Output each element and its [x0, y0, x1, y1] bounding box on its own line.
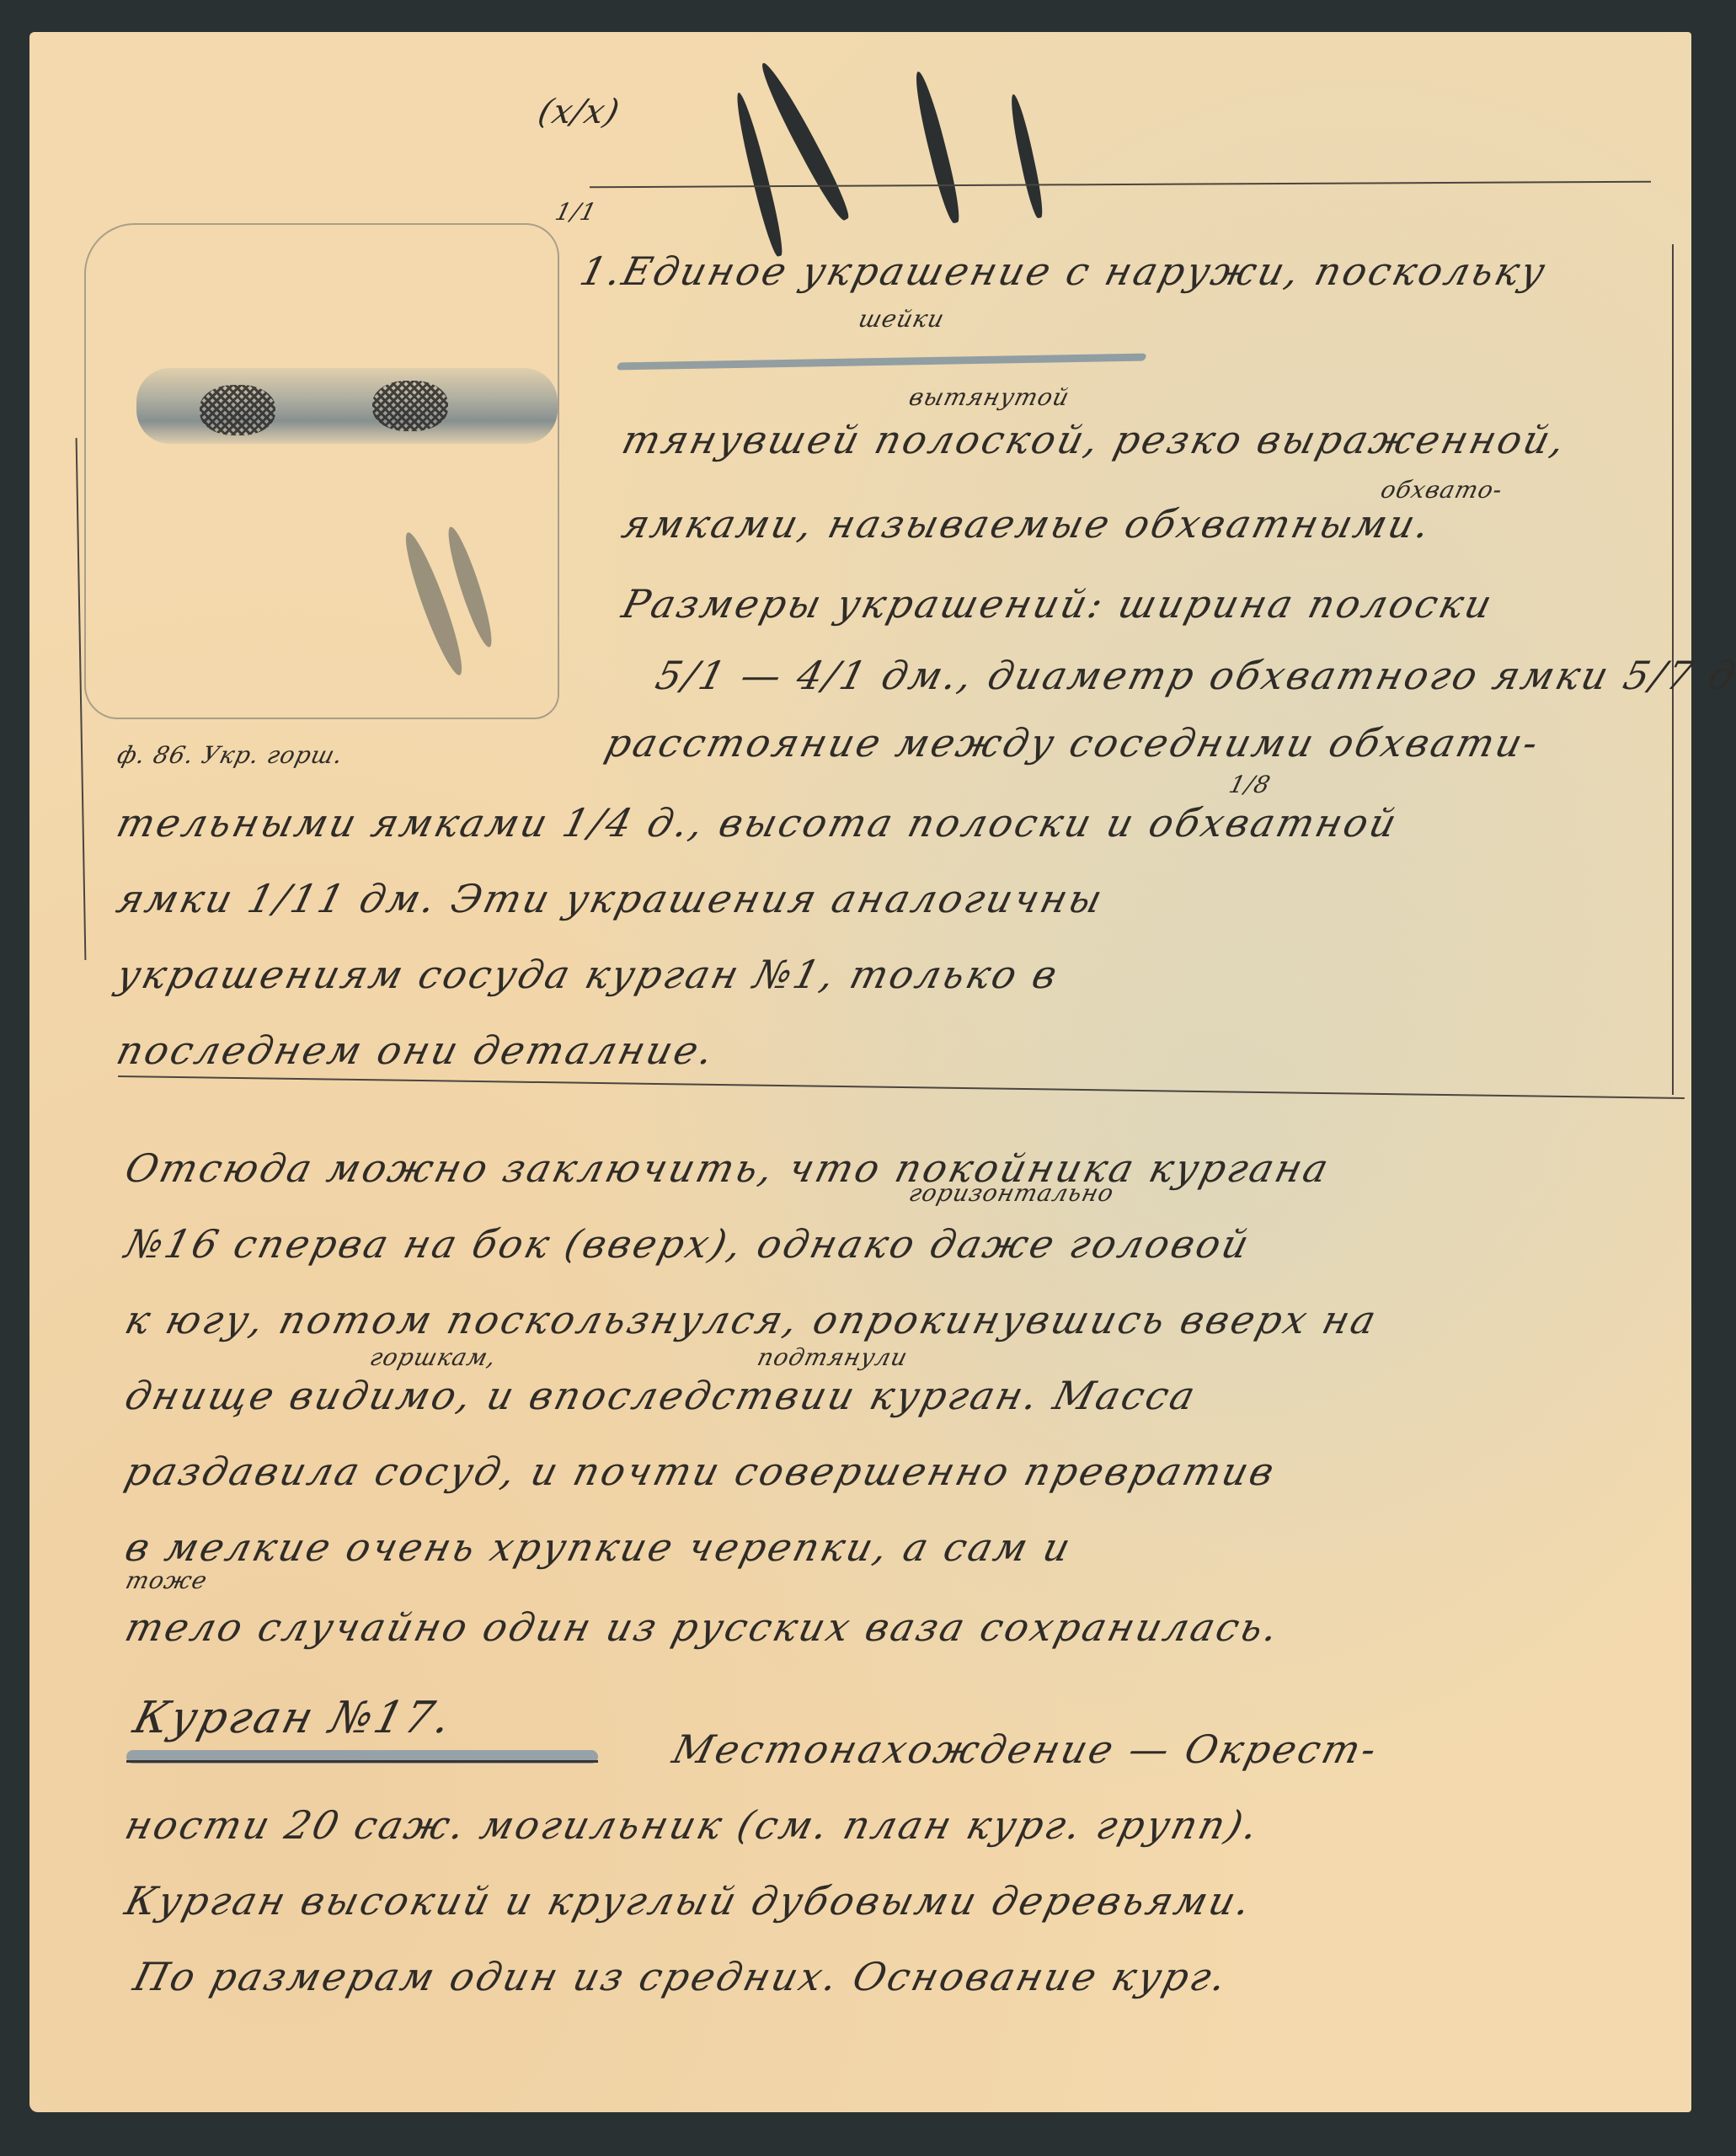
boxed-line-2: тянувшей полоской, резко выраженной, [617, 417, 1572, 462]
boxed-line-3: ямками, называемые обхватными. [617, 501, 1437, 547]
boxed-line-4: Размеры украшений: ширина полоски [617, 581, 1498, 627]
boxed-line-8: ямки 1/11 дм. Эти украшения аналогичны [112, 876, 1109, 921]
body-line-5: раздавила сосуд, и почти совершенно прев… [120, 1449, 1281, 1494]
ornament-pit-2 [372, 381, 448, 431]
heading-ink-underline [126, 1760, 598, 1763]
kurgan-17-line-4: По размерам один из средних. Основание к… [129, 1954, 1233, 1999]
body-insert-1: горизонтально [906, 1179, 1117, 1207]
body-line-6: в мелкие очень хрупкие черепки, а сам и [120, 1524, 1077, 1570]
body-line-3: к югу, потом поскользнулся, опрокинувшис… [120, 1297, 1382, 1342]
body-insert-4: тоже [123, 1566, 211, 1594]
kurgan-17-heading: Курган №17. [129, 1693, 459, 1743]
body-insert-2: горшкам, [367, 1343, 499, 1371]
boxed-line-5: 5/1 — 4/1 дм., диаметр обхватного ямки 5… [651, 653, 1736, 698]
figure-caption: ф. 86. Укр. горш. [115, 741, 346, 769]
body-line-1: Отсюда можно заключить, что покойника ку… [120, 1145, 1335, 1191]
boxed-line-6: расстояние между соседними обхвати- [601, 720, 1545, 766]
kurgan-17-line-3: Курган высокий и круглый дубовыми деревь… [120, 1878, 1258, 1924]
ornament-pit-1 [200, 385, 275, 435]
boxed-insert-2: вытянутой [906, 383, 1073, 411]
bracket-mark: (x/x) [534, 93, 623, 131]
body-line-2: №16 сперва на бок (вверх), однако даже г… [120, 1221, 1256, 1267]
boxed-line-7: тельными ямками 1/4 д., высота полоски и… [112, 800, 1403, 846]
boxed-insert-4: 1/8 [1226, 771, 1274, 798]
boxed-insert-1: шейки [856, 305, 948, 333]
boxed-line-9: украшениям сосуда курган №1, только в [112, 952, 1064, 997]
boxed-line-1: Единое украшение с наружи, поскольку [617, 248, 1552, 294]
kurgan-17-line-2: ности 20 саж. могильник (см. план кург. … [120, 1802, 1265, 1848]
body-insert-3: подтянули [755, 1343, 911, 1371]
item-fraction: 1/1 [553, 198, 600, 226]
boxed-line-10: последнем они деталние. [112, 1027, 720, 1073]
pottery-ornament-sketch [84, 223, 559, 719]
boxed-line-struck [617, 333, 1148, 378]
body-line-7: тело случайно один из русских ваза сохра… [120, 1604, 1285, 1650]
kurgan-17-line-1: Местонахождение — Окрест- [668, 1726, 1383, 1772]
body-line-4: днище видимо, и впоследствии курган. Мас… [120, 1373, 1202, 1418]
boxed-insert-3: обхвато- [1378, 476, 1506, 504]
